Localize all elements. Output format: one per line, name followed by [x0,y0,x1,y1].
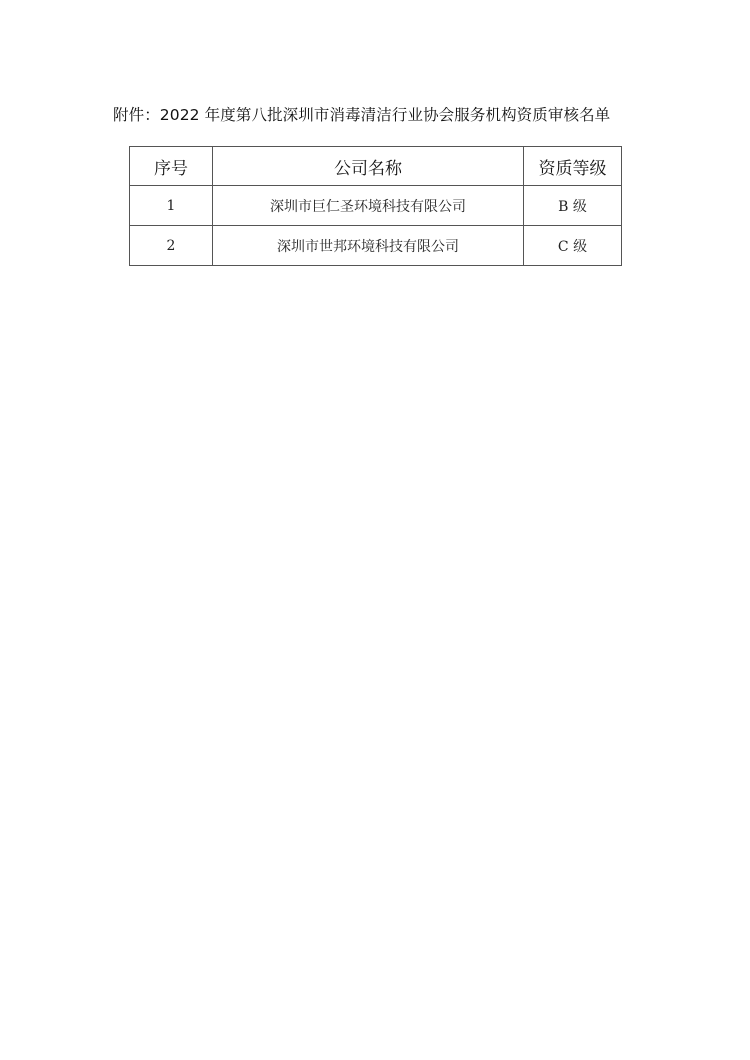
header-grade: 资质等级 [524,147,622,186]
header-company: 公司名称 [213,147,524,186]
cell-company: 深圳市世邦环境科技有限公司 [213,226,524,266]
cell-grade: C 级 [524,226,622,266]
document-title: 附件：2022 年度第八批深圳市消毒清洁行业协会服务机构资质审核名单 [113,103,610,125]
header-index: 序号 [130,147,213,186]
table-row: 2 深圳市世邦环境科技有限公司 C 级 [130,226,622,266]
cell-index: 2 [130,226,213,266]
cell-company: 深圳市巨仁圣环境科技有限公司 [213,186,524,226]
table-header-row: 序号 公司名称 资质等级 [130,147,622,186]
cell-index: 1 [130,186,213,226]
cell-grade: B 级 [524,186,622,226]
table-row: 1 深圳市巨仁圣环境科技有限公司 B 级 [130,186,622,226]
qualification-table: 序号 公司名称 资质等级 1 深圳市巨仁圣环境科技有限公司 B 级 2 深圳市世… [129,146,622,266]
